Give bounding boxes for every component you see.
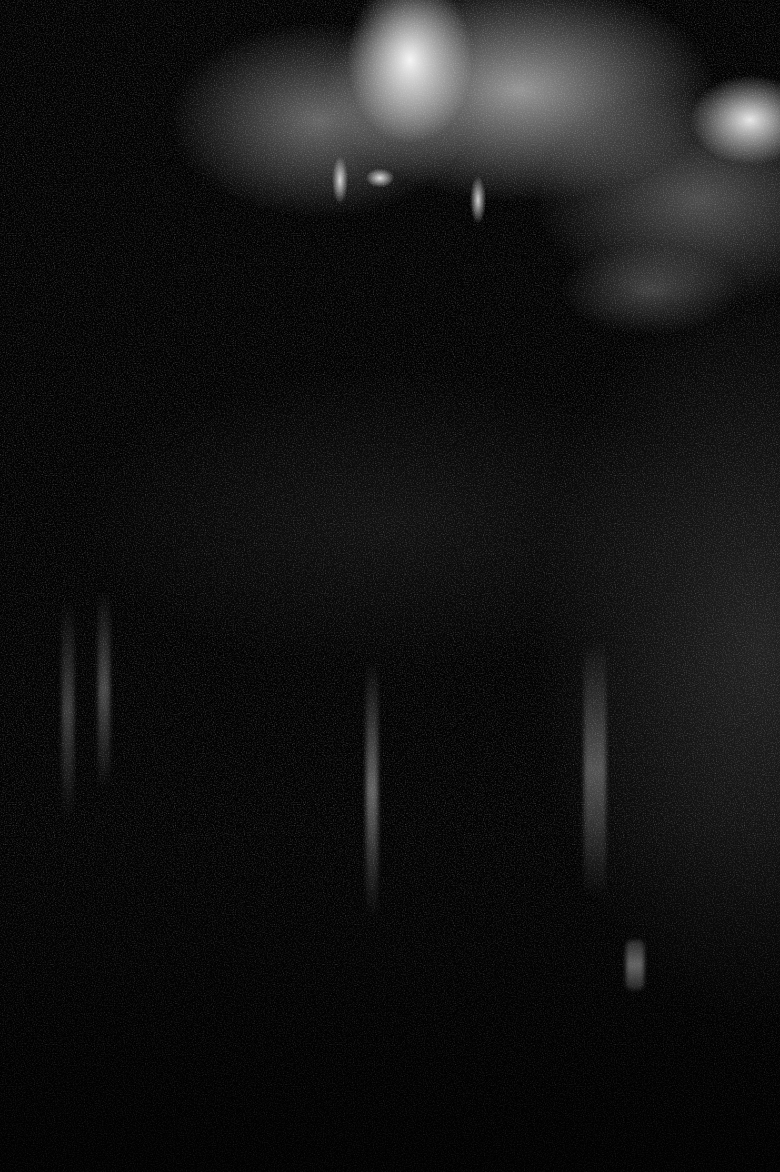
bottom-shadow xyxy=(0,0,780,1172)
photo-scene xyxy=(0,0,780,1172)
